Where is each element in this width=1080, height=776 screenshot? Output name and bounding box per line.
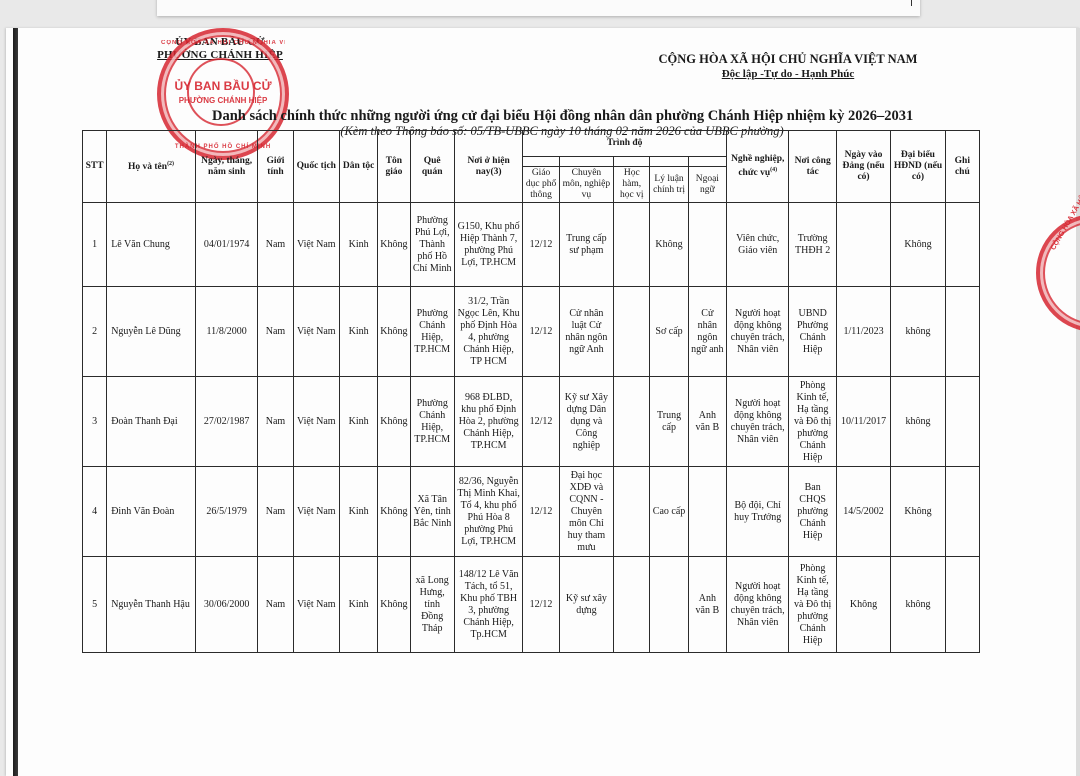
- cell-ethnicity: Kinh: [339, 287, 377, 377]
- cell-religion: Không: [378, 287, 410, 377]
- cell-name: Nguyễn Thanh Hậu: [107, 557, 196, 653]
- cell-notes: [945, 203, 979, 287]
- cell-professional: Trung cấp sư phạm: [559, 203, 613, 287]
- national-motto: Độc lập -Tự do - Hạnh Phúc: [648, 68, 928, 80]
- cell-academic: [614, 287, 650, 377]
- issuing-authority: ỦY BAN BẦU CỬ PHƯỜNG CHÁNH HIỆP: [150, 36, 290, 62]
- cell-academic: [614, 203, 650, 287]
- cell-political: [650, 557, 688, 653]
- header-spacer: [614, 157, 650, 167]
- header-language: Ngoại ngữ: [688, 167, 726, 203]
- cell-general-edu: 12/12: [523, 557, 559, 653]
- header-workplace: Nơi công tác: [789, 131, 836, 203]
- cell-nationality: Việt Nam: [293, 377, 339, 467]
- cell-general-edu: 12/12: [523, 467, 559, 557]
- cell-workplace: UBND Phường Chánh Hiệp: [789, 287, 836, 377]
- cell-hdnd-delegate: không: [891, 377, 945, 467]
- cell-residence: 968 ĐLBD, khu phố Định Hòa 2, phường Chá…: [454, 377, 523, 467]
- cell-political: Sơ cấp: [650, 287, 688, 377]
- cell-party-date: 10/11/2017: [836, 377, 890, 467]
- cell-language: [688, 203, 726, 287]
- cell-dob: 04/01/1974: [195, 203, 257, 287]
- previous-page-edge: [157, 0, 920, 16]
- cell-stt: 4: [83, 467, 107, 557]
- cell-occupation: Viên chức, Giáo viên: [726, 203, 788, 287]
- cell-hdnd-delegate: không: [891, 287, 945, 377]
- header-spacer: [688, 157, 726, 167]
- cell-workplace: Phòng Kinh tế, Hạ tầng và Đô thị phường …: [789, 557, 836, 653]
- cell-gender: Nam: [258, 287, 293, 377]
- cell-academic: [614, 467, 650, 557]
- table-row: 2Nguyễn Lê Dũng11/8/2000NamViệt NamKinhK…: [83, 287, 980, 377]
- cell-hdnd-delegate: không: [891, 557, 945, 653]
- cell-party-date: Không: [836, 557, 890, 653]
- cell-residence: 148/12 Lê Văn Tách, tổ 51, Khu phố TBH 3…: [454, 557, 523, 653]
- cell-notes: [945, 467, 979, 557]
- header-occupation-footnote: (4): [770, 167, 777, 173]
- table-row: 4Đinh Văn Đoàn26/5/1979NamViệt NamKinhKh…: [83, 467, 980, 557]
- cell-language: [688, 467, 726, 557]
- header-occupation: Nghề nghiệp, chức vụ(4): [726, 131, 788, 203]
- authority-line-2: PHƯỜNG CHÁNH HIỆP: [150, 49, 290, 62]
- header-dob: Ngày, tháng, năm sinh: [195, 131, 257, 203]
- header-hdnd-delegate: Đại biểu HĐND (nếu có): [891, 131, 945, 203]
- header-professional: Chuyên môn, nghiệp vụ: [559, 167, 613, 203]
- cell-workplace: Phòng Kinh tế, Hạ tầng và Đô thị phường …: [789, 377, 836, 467]
- document-title: Danh sách chính thức những người ứng cử …: [212, 108, 912, 125]
- cell-notes: [945, 377, 979, 467]
- cell-residence: 82/36, Nguyễn Thị Minh Khai, Tổ 4, khu p…: [454, 467, 523, 557]
- cell-notes: [945, 557, 979, 653]
- cell-hometown: xã Long Hưng, tỉnh Đồng Tháp: [410, 557, 454, 653]
- cell-professional: Cử nhân luật Cử nhân ngôn ngữ Anh: [559, 287, 613, 377]
- authority-line-1: ỦY BAN BẦU CỬ: [150, 36, 290, 49]
- cell-religion: Không: [378, 377, 410, 467]
- cell-general-edu: 12/12: [523, 287, 559, 377]
- cell-party-date: 1/11/2023: [836, 287, 890, 377]
- cell-language: Cử nhân ngôn ngữ anh: [688, 287, 726, 377]
- cell-nationality: Việt Nam: [293, 287, 339, 377]
- cell-professional: Kỹ sư xây dựng: [559, 557, 613, 653]
- scan-edge-right: [1076, 28, 1080, 776]
- cell-ethnicity: Kinh: [339, 557, 377, 653]
- cell-religion: Không: [378, 557, 410, 653]
- cell-workplace: Trường THĐH 2: [789, 203, 836, 287]
- cell-occupation: Bộ đội, Chỉ huy Trưởng: [726, 467, 788, 557]
- cell-language: Anh văn B: [688, 557, 726, 653]
- cell-residence: G150, Khu phố Hiệp Thành 7, phường Phú L…: [454, 203, 523, 287]
- cell-name: Đinh Văn Đoàn: [107, 467, 196, 557]
- cell-residence: 31/2, Trần Ngọc Lên, Khu phố Định Hòa 4,…: [454, 287, 523, 377]
- header-notes: Ghi chú: [945, 131, 979, 203]
- table-row: 1Lê Văn Chung04/01/1974NamViệt NamKinhKh…: [83, 203, 980, 287]
- cell-professional: Kỹ sư Xây dựng Dân dụng và Công nghiệp: [559, 377, 613, 467]
- page-mark: [911, 0, 912, 6]
- cell-religion: Không: [378, 467, 410, 557]
- cell-dob: 26/5/1979: [195, 467, 257, 557]
- header-party-date: Ngày vào Đảng (nếu có): [836, 131, 890, 203]
- header-spacer: [650, 157, 688, 167]
- cell-professional: Đại học XDĐ và CQNN - Chuyên môn Chỉ huy…: [559, 467, 613, 557]
- header-academic: Học hàm, học vị: [614, 167, 650, 203]
- cell-hometown: Phường Phú Lợi, Thành phố Hồ Chí Minh: [410, 203, 454, 287]
- header-education-group: Trình độ: [523, 131, 727, 157]
- scan-edge: [13, 28, 18, 776]
- header-name-footnote: (2): [167, 161, 174, 167]
- national-heading: CỘNG HÒA XÃ HỘI CHỦ NGHĨA VIỆT NAM: [648, 52, 928, 67]
- header-name-label: Họ và tên: [128, 163, 167, 173]
- cell-name: Đoàn Thanh Đại: [107, 377, 196, 467]
- cell-dob: 27/02/1987: [195, 377, 257, 467]
- cell-hdnd-delegate: Không: [891, 203, 945, 287]
- cell-dob: 11/8/2000: [195, 287, 257, 377]
- cell-religion: Không: [378, 203, 410, 287]
- cell-nationality: Việt Nam: [293, 467, 339, 557]
- cell-name: Lê Văn Chung: [107, 203, 196, 287]
- header-name: Họ và tên(2): [107, 131, 196, 203]
- header-nationality: Quốc tịch: [293, 131, 339, 203]
- cell-stt: 1: [83, 203, 107, 287]
- header-political: Lý luận chính trị: [650, 167, 688, 203]
- table-row: 3Đoàn Thanh Đại27/02/1987NamViệt NamKinh…: [83, 377, 980, 467]
- header-general-edu: Giáo dục phổ thông: [523, 167, 559, 203]
- cell-gender: Nam: [258, 377, 293, 467]
- header-ethnicity: Dân tộc: [339, 131, 377, 203]
- header-hometown: Quê quán: [410, 131, 454, 203]
- cell-hometown: Phường Chánh Hiệp, TP.HCM: [410, 377, 454, 467]
- header-residence: Nơi ở hiện nay(3): [454, 131, 523, 203]
- cell-workplace: Ban CHQS phường Chánh Hiệp: [789, 467, 836, 557]
- cell-ethnicity: Kinh: [339, 203, 377, 287]
- cell-stt: 2: [83, 287, 107, 377]
- cell-political: Cao cấp: [650, 467, 688, 557]
- header-religion: Tôn giáo: [378, 131, 410, 203]
- header-stt: STT: [83, 131, 107, 203]
- cell-gender: Nam: [258, 203, 293, 287]
- cell-notes: [945, 287, 979, 377]
- header-gender: Giới tính: [258, 131, 293, 203]
- cell-ethnicity: Kinh: [339, 377, 377, 467]
- cell-occupation: Người hoạt động không chuyên trách, Nhân…: [726, 377, 788, 467]
- cell-academic: [614, 377, 650, 467]
- header-spacer: [559, 157, 613, 167]
- cell-stt: 5: [83, 557, 107, 653]
- cell-political: Không: [650, 203, 688, 287]
- cell-name: Nguyễn Lê Dũng: [107, 287, 196, 377]
- cell-occupation: Người hoạt động không chuyên trách, Nhân…: [726, 287, 788, 377]
- cell-nationality: Việt Nam: [293, 557, 339, 653]
- cell-general-edu: 12/12: [523, 377, 559, 467]
- cell-hdnd-delegate: Không: [891, 467, 945, 557]
- candidate-table: STT Họ và tên(2) Ngày, tháng, năm sinh G…: [82, 130, 980, 653]
- cell-occupation: Người hoạt động không chuyên trách, Nhân…: [726, 557, 788, 653]
- cell-gender: Nam: [258, 467, 293, 557]
- header-spacer: [523, 157, 559, 167]
- table-row: 5Nguyễn Thanh Hậu30/06/2000NamViệt NamKi…: [83, 557, 980, 653]
- cell-dob: 30/06/2000: [195, 557, 257, 653]
- cell-general-edu: 12/12: [523, 203, 559, 287]
- cell-party-date: [836, 203, 890, 287]
- cell-language: Anh văn B: [688, 377, 726, 467]
- cell-political: Trung cấp: [650, 377, 688, 467]
- cell-nationality: Việt Nam: [293, 203, 339, 287]
- cell-hometown: Xã Tân Yên, tỉnh Bắc Ninh: [410, 467, 454, 557]
- cell-gender: Nam: [258, 557, 293, 653]
- cell-academic: [614, 557, 650, 653]
- cell-ethnicity: Kinh: [339, 467, 377, 557]
- cell-party-date: 14/5/2002: [836, 467, 890, 557]
- cell-stt: 3: [83, 377, 107, 467]
- cell-hometown: Phường Chánh Hiệp, TP.HCM: [410, 287, 454, 377]
